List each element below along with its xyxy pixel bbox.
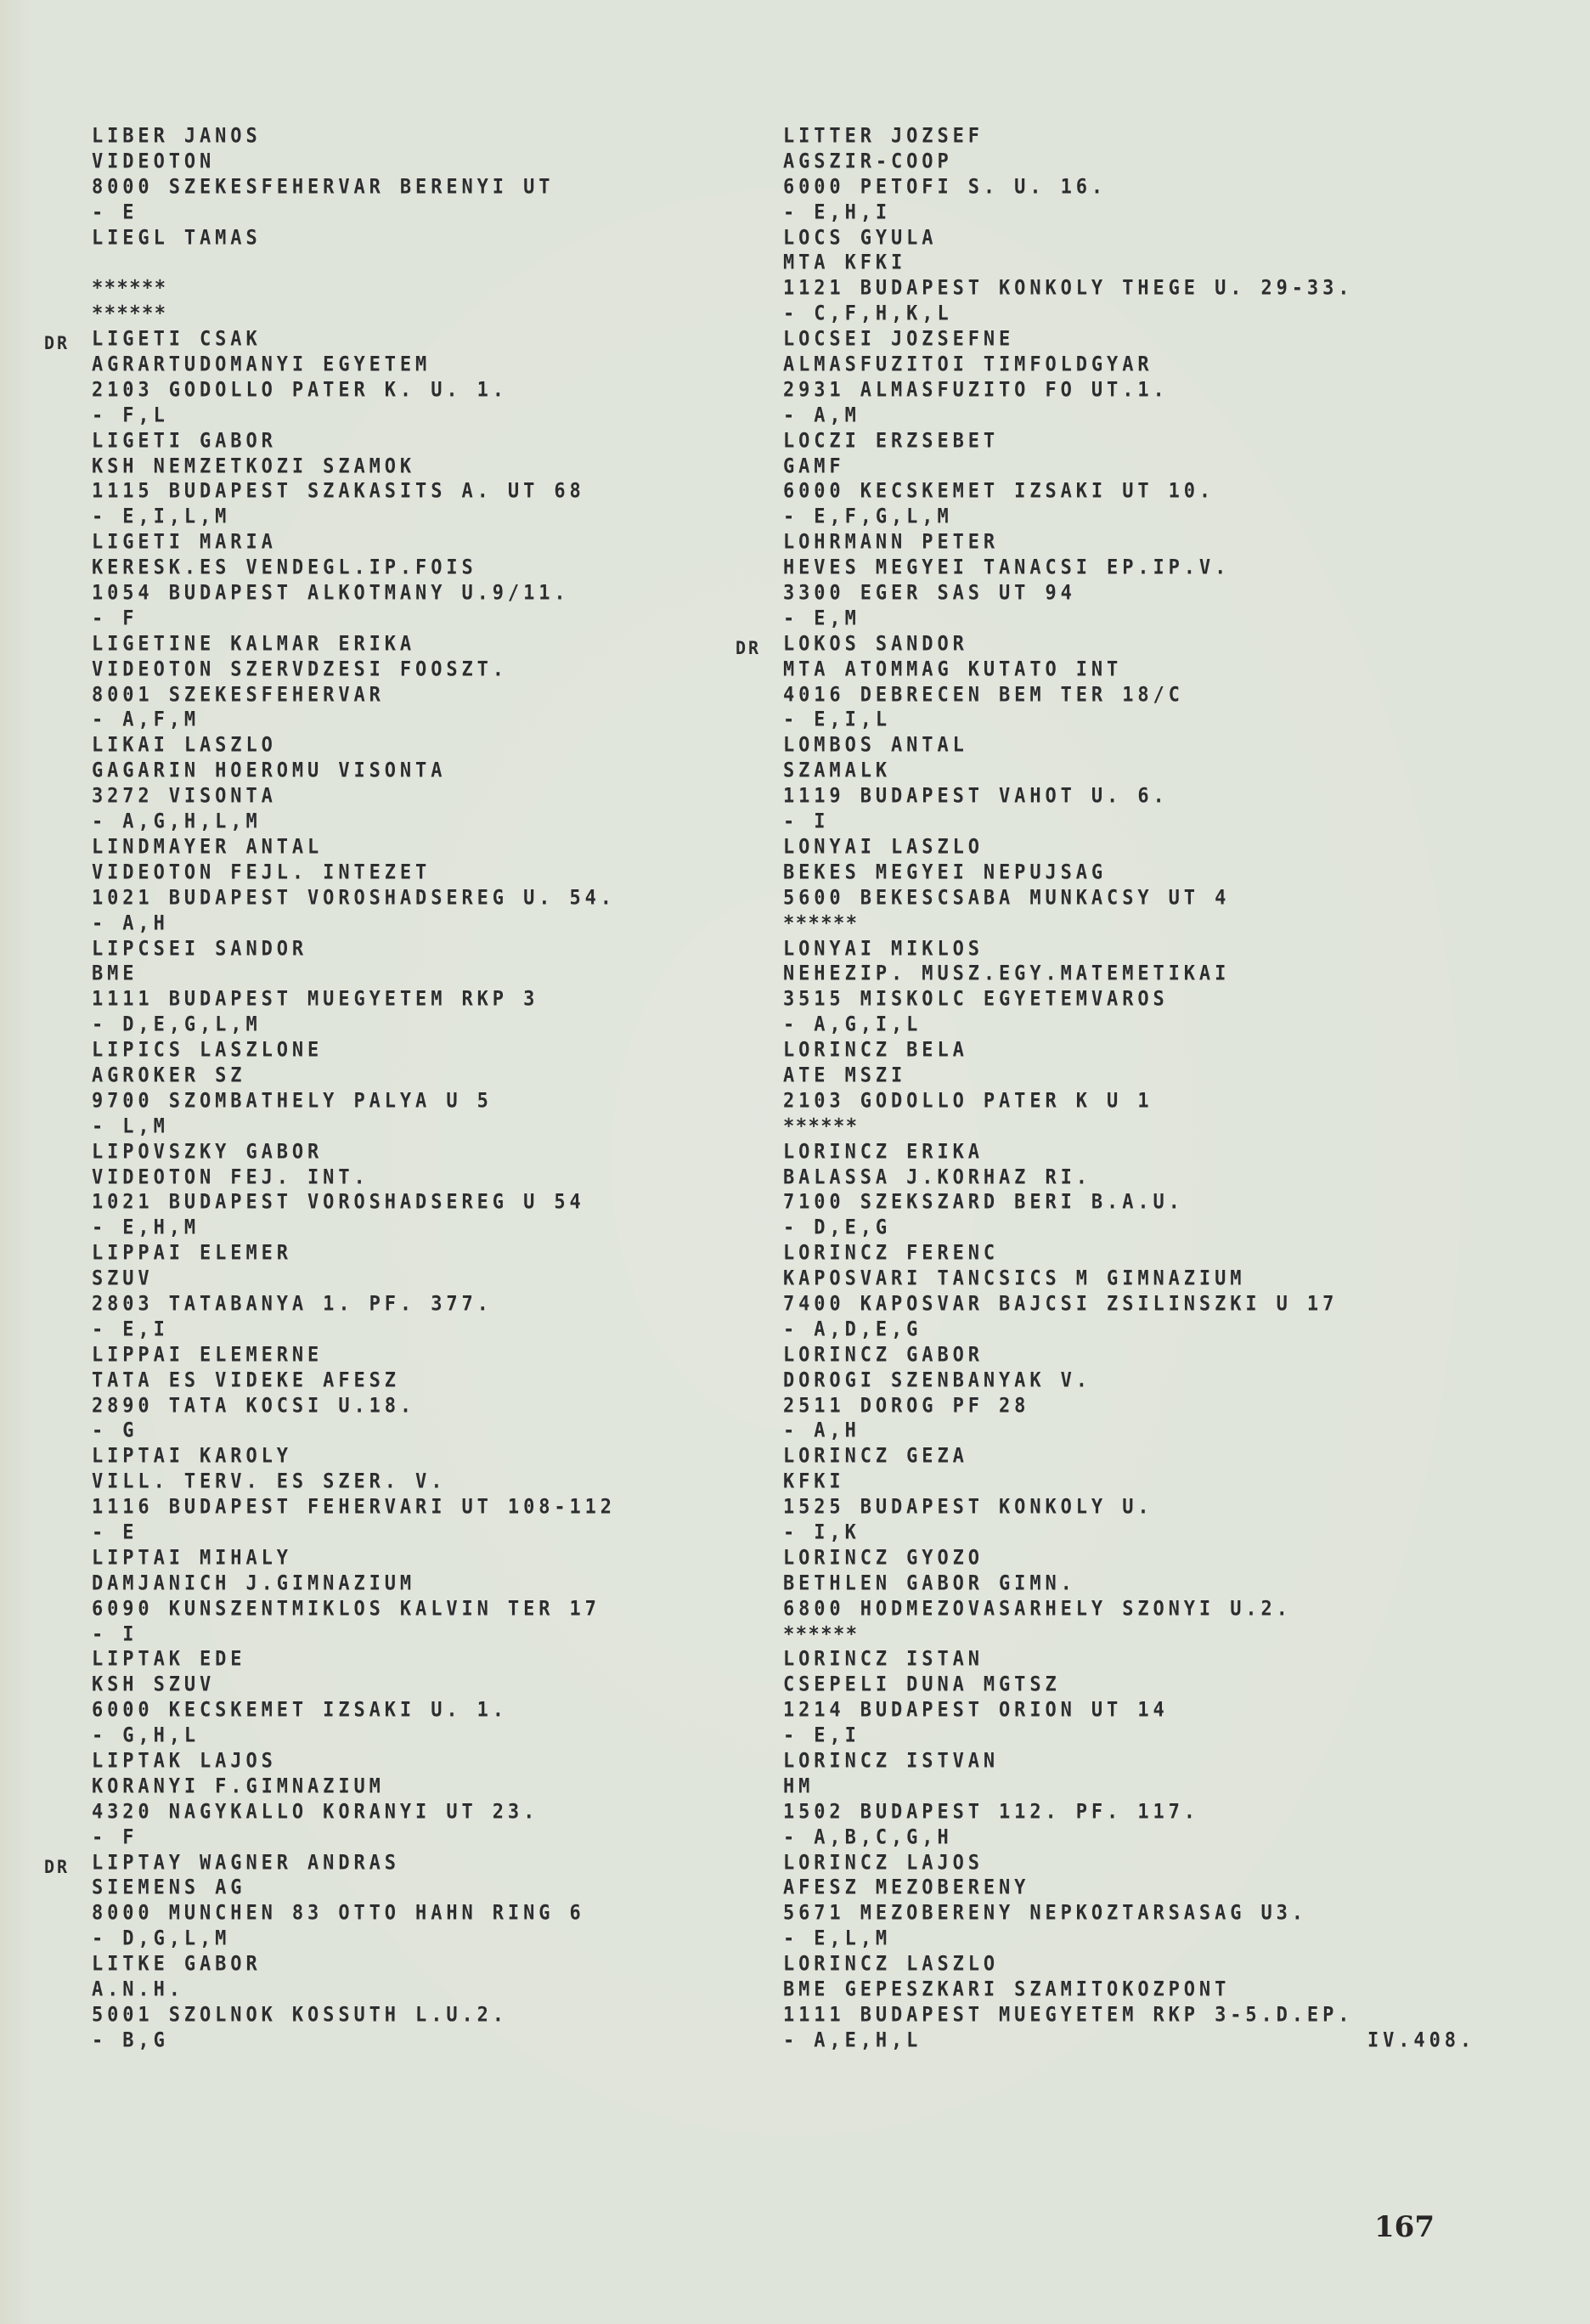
postal-address: 2803 TATABANYA 1. PF. 377. (92, 1291, 616, 1318)
line-text: - A,E,H,L (783, 2029, 922, 2052)
line-text: KORANYI F.GIMNAZIUM (92, 1775, 385, 1798)
directory-line: LIPTAI MIHALY (92, 1545, 616, 1572)
postal-address: 8000 SZEKESFEHERVAR BERENYI UT (92, 174, 616, 201)
directory-line: DRLIPTAY WAGNER ANDRAS (92, 1849, 616, 1876)
line-text: - I (92, 1623, 138, 1646)
category-codes: - F,L (92, 403, 616, 430)
directory-line: TATA ES VIDEKE AFESZ (92, 1367, 616, 1394)
title-prefix: DR (44, 330, 70, 357)
line-text: 6800 HODMEZOVASARHELY SZONYI U.2. (783, 1598, 1292, 1621)
directory-line: LORINCZ ISTAN (783, 1646, 1353, 1673)
postal-address: 1502 BUDAPEST 112. PF. 117. (783, 1799, 1353, 1826)
category-codes: - E,I (783, 1723, 1353, 1750)
line-text: LOKOS SANDOR (783, 633, 968, 656)
line-text: - E,H,I (783, 201, 891, 224)
line-text: - E,M (783, 607, 860, 630)
directory-line: KSH NEMZETKOZI SZAMOK (92, 453, 616, 480)
directory-line: LORINCZ ERIKA (783, 1138, 1353, 1165)
line-text: 8000 MUNCHEN 83 OTTO HAHN RING 6 (92, 1902, 585, 1925)
line-text: 5001 SZOLNOK KOSSUTH L.U.2. (92, 2004, 508, 2027)
line-text: AGROKER SZ (92, 1064, 245, 1087)
directory-line: LOCSEI JOZSEFNE (783, 326, 1353, 353)
line-text: 6090 KUNSZENTMIKLOS KALVIN TER 17 (92, 1598, 600, 1621)
line-text: 2890 TATA KOCSI U.18. (92, 1394, 415, 1417)
line-text: - E,I (92, 1318, 169, 1341)
line-text: - A,B,C,G,H (783, 1826, 953, 1849)
directory-line: AGRARTUDOMANYI EGYETEM (92, 352, 616, 379)
line-text: 1021 BUDAPEST VOROSHADSEREG U. 54. (92, 887, 616, 910)
category-codes: - A,M (783, 403, 1353, 430)
category-codes: - E (92, 199, 616, 226)
line-text: ****** (92, 302, 166, 325)
line-text: BME (92, 962, 138, 985)
line-text: GAMF (783, 455, 845, 478)
postal-address: 1021 BUDAPEST VOROSHADSEREG U 54 (92, 1189, 616, 1216)
category-codes: - A,F,M (92, 707, 616, 734)
line-text: VIDEOTON FEJL. INTEZET (92, 861, 431, 884)
line-text: LOMBOS ANTAL (783, 734, 968, 757)
category-codes: - D,E,G,L,M (92, 1012, 616, 1039)
line-text: 1525 BUDAPEST KONKOLY U. (783, 1496, 1153, 1519)
category-codes: - A,H (92, 910, 616, 937)
directory-line: MTA ATOMMAG KUTATO INT (783, 657, 1353, 684)
line-text: 1214 BUDAPEST ORION UT 14 (783, 1699, 1169, 1722)
line-text: - A,H (92, 912, 169, 935)
line-text: VIDEOTON SZERVDZESI FOOSZT. (92, 658, 508, 681)
category-codes: - E (92, 1520, 616, 1547)
postal-address: 9700 SZOMBATHELY PALYA U 5 (92, 1088, 616, 1115)
postal-address: 5600 BEKESCSABA MUNKACSY UT 4 (783, 885, 1353, 912)
category-codes: - I,K (783, 1520, 1353, 1547)
line-text: 5671 MEZOBERENY NEPKOZTARSASAG U3. (783, 1902, 1307, 1925)
directory-line: VILL. TERV. ES SZER. V. (92, 1469, 616, 1496)
postal-address: 2103 GODOLLO PATER K. U. 1. (92, 377, 616, 404)
line-text: - C,F,H,K,L (783, 302, 953, 325)
line-text: 2931 ALMASFUZITO FO UT.1. (783, 379, 1169, 402)
directory-line: KORANYI F.GIMNAZIUM (92, 1774, 616, 1801)
line-text: SIEMENS AG (92, 1876, 245, 1899)
line-text: LORINCZ FERENC (783, 1242, 999, 1265)
category-codes: - A,H (783, 1418, 1353, 1445)
postal-address: 3272 VISONTA (92, 783, 616, 810)
line-text: LORINCZ ERIKA (783, 1141, 984, 1164)
line-text: 1121 BUDAPEST KONKOLY THEGE U. 29-33. (783, 277, 1353, 300)
directory-line: LINDMAYER ANTAL (92, 834, 616, 861)
line-text: LIBER JANOS (92, 125, 262, 148)
line-text: ****** (783, 912, 858, 935)
line-text: LIPPAI ELEMER (92, 1242, 292, 1265)
line-text: LIPPAI ELEMERNE (92, 1344, 323, 1367)
line-text: LITKE GABOR (92, 1953, 262, 1976)
directory-line (92, 250, 616, 277)
line-text: - A,F,M (92, 708, 200, 731)
line-text: 7100 SZEKSZARD BERI B.A.U. (783, 1191, 1184, 1214)
directory-line: VIDEOTON FEJL. INTEZET (92, 860, 616, 887)
line-text: 1021 BUDAPEST VOROSHADSEREG U 54 (92, 1191, 585, 1214)
directory-line: LIPTAI KAROLY (92, 1443, 616, 1470)
line-text: - A,H (783, 1419, 860, 1442)
postal-address: 1054 BUDAPEST ALKOTMANY U.9/11. (92, 580, 616, 607)
line-text: 3272 VISONTA (92, 785, 277, 808)
line-text: - D,E,G,L,M (92, 1013, 262, 1036)
line-text: DOROGI SZENBANYAK V. (783, 1369, 1091, 1392)
line-text: - E,H,M (92, 1216, 200, 1239)
line-text: LIGETI MARIA (92, 531, 277, 554)
directory-line: KFKI (783, 1469, 1353, 1496)
line-text: 2103 GODOLLO PATER K. U. 1. (92, 379, 508, 402)
category-codes: - A,G,H,L,M (92, 809, 616, 836)
directory-line: HEVES MEGYEI TANACSI EP.IP.V. (783, 555, 1353, 582)
line-text: 1119 BUDAPEST VAHOT U. 6. (783, 785, 1169, 808)
separator-stars: ****** (92, 275, 616, 302)
line-text: GAGARIN HOEROMU VISONTA (92, 759, 446, 782)
postal-address: 6000 PETOFI S. U. 16. (783, 174, 1353, 201)
line-text: LORINCZ LAJOS (783, 1852, 984, 1875)
separator-stars: ****** (783, 910, 1353, 937)
directory-line: SZAMALK (783, 758, 1353, 785)
line-text: LIPTAI MIHALY (92, 1547, 292, 1570)
directory-line: LIGETINE KALMAR ERIKA (92, 631, 616, 658)
category-codes: - L,M (92, 1114, 616, 1141)
postal-address: 6000 KECSKEMET IZSAKI UT 10. (783, 478, 1353, 505)
directory-line: SIEMENS AG (92, 1875, 616, 1902)
postal-address: 3300 EGER SAS UT 94 (783, 580, 1353, 607)
directory-line: LORINCZ LAJOS (783, 1849, 1353, 1876)
line-text: KSH NEMZETKOZI SZAMOK (92, 455, 415, 478)
line-text: - D,E,G (783, 1216, 891, 1239)
line-text: LORINCZ GEZA (783, 1445, 968, 1468)
line-text: KERESK.ES VENDEGL.IP.FOIS (92, 556, 477, 579)
line-text: 7400 KAPOSVAR BAJCSI ZSILINSZKI U 17 (783, 1293, 1338, 1316)
line-text: VILL. TERV. ES SZER. V. (92, 1470, 446, 1493)
directory-line: KAPOSVARI TANCSICS M GIMNAZIUM (783, 1266, 1353, 1293)
category-codes: - I (92, 1621, 616, 1648)
line-text: AFESZ MEZOBERENY (783, 1876, 1029, 1899)
page-number: 167 (1374, 2210, 1435, 2244)
directory-line: GAMF (783, 453, 1353, 480)
category-codes: - F (92, 1824, 616, 1851)
postal-address: 5001 SZOLNOK KOSSUTH L.U.2. (92, 2002, 616, 2029)
line-text: - E,I,L (783, 708, 891, 731)
postal-address: 1021 BUDAPEST VOROSHADSEREG U. 54. (92, 885, 616, 912)
line-text: HM (783, 1775, 814, 1798)
directory-line: DAMJANICH J.GIMNAZIUM (92, 1571, 616, 1598)
postal-address: 5671 MEZOBERENY NEPKOZTARSASAG U3. (783, 1900, 1353, 1927)
postal-address: 2103 GODOLLO PATER K U 1 (783, 1088, 1353, 1115)
directory-line: LONYAI MIKLOS (783, 935, 1353, 962)
postal-address: 8001 SZEKESFEHERVAR (92, 681, 616, 708)
line-text: 3515 MISKOLC EGYETEMVAROS (783, 988, 1169, 1011)
directory-line: BETHLEN GABOR GIMN. (783, 1571, 1353, 1598)
line-text: 2803 TATABANYA 1. PF. 377. (92, 1293, 493, 1316)
directory-line: LORINCZ ISTVAN (783, 1748, 1353, 1775)
line-text: - I,K (783, 1521, 860, 1544)
postal-address: 4320 NAGYKALLO KORANYI UT 23. (92, 1799, 616, 1826)
line-text: LIGETINE KALMAR ERIKA (92, 633, 415, 656)
postal-address: 6090 KUNSZENTMIKLOS KALVIN TER 17 (92, 1595, 616, 1622)
line-text: VIDEOTON FEJ. INT. (92, 1165, 369, 1188)
line-text: 1111 BUDAPEST MUEGYETEM RKP 3-5.D.EP. (783, 2004, 1353, 2027)
line-text: LOHRMANN PETER (783, 531, 999, 554)
line-text: - A,G,H,L,M (92, 810, 262, 833)
line-text: - I (783, 810, 829, 833)
directory-line: VIDEOTON FEJ. INT. (92, 1164, 616, 1191)
line-text: LITTER JOZSEF (783, 125, 984, 148)
directory-line: LORINCZ FERENC (783, 1240, 1353, 1267)
line-text: A.N.H. (92, 1978, 184, 2001)
category-codes: - E,F,G,L,M (783, 504, 1353, 531)
directory-line: LIPOVSZKY GABOR (92, 1138, 616, 1165)
postal-address: 1116 BUDAPEST FEHERVARI UT 108-112 (92, 1494, 616, 1521)
postal-address: 3515 MISKOLC EGYETEMVAROS (783, 986, 1353, 1013)
category-codes: - D,E,G (783, 1215, 1353, 1242)
directory-line: LITKE GABOR (92, 1951, 616, 1978)
line-text: 6000 KECSKEMET IZSAKI U. 1. (92, 1699, 508, 1722)
line-text: KSH SZUV (92, 1673, 215, 1696)
line-text: 6000 KECSKEMET IZSAKI UT 10. (783, 480, 1215, 503)
directory-line: A.N.H. (92, 1977, 616, 2004)
line-text: LIKAI LASZLO (92, 734, 277, 757)
line-text: 8001 SZEKESFEHERVAR (92, 684, 385, 707)
line-text: 8000 SZEKESFEHERVAR BERENYI UT (92, 176, 554, 199)
line-text: - A,D,E,G (783, 1318, 922, 1341)
line-text: - G,H,L (92, 1724, 200, 1747)
directory-line: MTA KFKI (783, 250, 1353, 277)
line-text: CSEPELI DUNA MGTSZ (783, 1673, 1061, 1696)
line-text: TATA ES VIDEKE AFESZ (92, 1369, 400, 1392)
directory-line: AFESZ MEZOBERENY (783, 1875, 1353, 1902)
line-text: - E,F,G,L,M (783, 505, 953, 528)
category-codes: - E,I,L (783, 707, 1353, 734)
line-text: - G (92, 1419, 138, 1442)
line-text: - E (92, 201, 138, 224)
directory-line: LONYAI LASZLO (783, 834, 1353, 861)
line-text: - E,I,L,M (92, 505, 230, 528)
directory-line: LIPPAI ELEMERNE (92, 1342, 616, 1369)
title-prefix: DR (44, 1853, 70, 1881)
directory-line: KSH SZUV (92, 1672, 616, 1699)
category-codes: - D,G,L,M (92, 1926, 616, 1953)
line-text: BETHLEN GABOR GIMN. (783, 1572, 1076, 1595)
directory-line: LORINCZ LASZLO (783, 1951, 1353, 1978)
line-text: 1116 BUDAPEST FEHERVARI UT 108-112 (92, 1496, 616, 1519)
line-text: LIPTAY WAGNER ANDRAS (92, 1852, 400, 1875)
directory-line: LIPICS LASZLONE (92, 1037, 616, 1064)
line-text: 1115 BUDAPEST SZAKASITS A. UT 68 (92, 480, 585, 503)
directory-line: CSEPELI DUNA MGTSZ (783, 1672, 1353, 1699)
directory-line: LITTER JOZSEF (783, 123, 1353, 150)
postal-address: 7400 KAPOSVAR BAJCSI ZSILINSZKI U 17 (783, 1291, 1353, 1318)
category-codes: - A,G,I,L (783, 1012, 1353, 1039)
directory-line: LORINCZ GEZA (783, 1443, 1353, 1470)
line-text: 9700 SZOMBATHELY PALYA U 5 (92, 1090, 493, 1113)
category-codes: - B,G (92, 2028, 616, 2055)
directory-line: AGROKER SZ (92, 1063, 616, 1090)
directory-line: LORINCZ BELA (783, 1037, 1353, 1064)
line-text: 1111 BUDAPEST MUEGYETEM RKP 3 (92, 988, 538, 1011)
directory-line: BME (92, 961, 616, 988)
line-text: LONYAI LASZLO (783, 836, 984, 859)
line-text: LINDMAYER ANTAL (92, 836, 323, 859)
directory-line: LIPTAK LAJOS (92, 1748, 616, 1775)
directory-line: LOHRMANN PETER (783, 529, 1353, 556)
line-text: - A,M (783, 404, 860, 427)
postal-address: 7100 SZEKSZARD BERI B.A.U. (783, 1189, 1353, 1216)
line-text: SZAMALK (783, 759, 891, 782)
directory-line: NEHEZIP. MUSZ.EGY.MATEMETIKAI (783, 961, 1353, 988)
line-text: LORINCZ BELA (783, 1039, 968, 1062)
postal-address: 6800 HODMEZOVASARHELY SZONYI U.2. (783, 1595, 1353, 1622)
line-text: LIPOVSZKY GABOR (92, 1141, 323, 1164)
category-codes: - A,D,E,G (783, 1317, 1353, 1344)
directory-line: LIKAI LASZLO (92, 732, 616, 759)
line-text: 2511 DOROG PF 28 (783, 1394, 1029, 1417)
directory-line: DRLIGETI CSAK (92, 326, 616, 353)
line-text: VIDEOTON (92, 150, 215, 173)
category-codes: - E,H,I (783, 199, 1353, 226)
line-text: ****** (783, 1115, 858, 1138)
line-text: - F (92, 1826, 138, 1849)
directory-line: BALASSA J.KORHAZ RI. (783, 1164, 1353, 1191)
line-text: - E (92, 1521, 138, 1544)
line-text: KAPOSVARI TANCSICS M GIMNAZIUM (783, 1267, 1245, 1290)
title-prefix: DR (736, 635, 761, 662)
postal-address: 1121 BUDAPEST KONKOLY THEGE U. 29-33. (783, 275, 1353, 302)
line-text: ****** (92, 277, 166, 300)
line-text: LIGETI GABOR (92, 430, 277, 453)
line-text: NEHEZIP. MUSZ.EGY.MATEMETIKAI (783, 962, 1230, 985)
category-codes: - E,H,M (92, 1215, 616, 1242)
directory-line: HM (783, 1774, 1353, 1801)
directory-line: LIPTAK EDE (92, 1646, 616, 1673)
line-text: - E,L,M (783, 1927, 891, 1950)
line-text: HEVES MEGYEI TANACSI EP.IP.V. (783, 556, 1230, 579)
line-text: LOCZI ERZSEBET (783, 430, 999, 453)
category-codes: - E,L,M (783, 1926, 1353, 1953)
directory-line: LIGETI MARIA (92, 529, 616, 556)
line-text: LIPCSEI SANDOR (92, 937, 307, 960)
postal-address: 4016 DEBRECEN BEM TER 18/C (783, 681, 1353, 708)
directory-line: ATE MSZI (783, 1063, 1353, 1090)
line-text: LORINCZ ISTAN (783, 1648, 984, 1671)
line-text: LIPTAK EDE (92, 1648, 245, 1671)
line-text: LIPTAI KAROLY (92, 1445, 292, 1468)
directory-line: SZUV (92, 1266, 616, 1293)
postal-address: 1525 BUDAPEST KONKOLY U. (783, 1494, 1353, 1521)
directory-line: LIGETI GABOR (92, 427, 616, 454)
postal-address: 2890 TATA KOCSI U.18. (92, 1392, 616, 1419)
line-text: 4320 NAGYKALLO KORANYI UT 23. (92, 1801, 538, 1824)
directory-line: GAGARIN HOEROMU VISONTA (92, 758, 616, 785)
postal-address: 2931 ALMASFUZITO FO UT.1. (783, 377, 1353, 404)
line-text: 1502 BUDAPEST 112. PF. 117. (783, 1801, 1199, 1824)
directory-line: LORINCZ GABOR (783, 1342, 1353, 1369)
directory-line: LIEGL TAMAS (92, 224, 616, 251)
line-text: LOCSEI JOZSEFNE (783, 328, 1014, 351)
line-text: ATE MSZI (783, 1064, 906, 1087)
postal-address: 1214 BUDAPEST ORION UT 14 (783, 1697, 1353, 1724)
line-text: - B,G (92, 2029, 169, 2052)
category-codes: - A,E,H,LIV.408. (783, 2028, 1353, 2055)
category-codes: - F (92, 606, 616, 633)
line-text: BME GEPESZKARI SZAMITOKOZPONT (783, 1978, 1230, 2001)
line-text: KFKI (783, 1470, 845, 1493)
directory-line: KERESK.ES VENDEGL.IP.FOIS (92, 555, 616, 582)
directory-line: ALMASFUZITOI TIMFOLDGYAR (783, 352, 1353, 379)
line-text: AGRARTUDOMANYI EGYETEM (92, 353, 431, 376)
line-text: 3300 EGER SAS UT 94 (783, 582, 1076, 605)
category-codes: - E,M (783, 606, 1353, 633)
line-text: LOCS GYULA (783, 227, 937, 250)
directory-line: VIDEOTON SZERVDZESI FOOSZT. (92, 657, 616, 684)
directory-line: LOCZI ERZSEBET (783, 427, 1353, 454)
line-text: ALMASFUZITOI TIMFOLDGYAR (783, 353, 1153, 376)
line-text: MTA ATOMMAG KUTATO INT (783, 658, 1122, 681)
line-text: - A,G,I,L (783, 1013, 922, 1036)
line-text: BALASSA J.KORHAZ RI. (783, 1165, 1091, 1188)
category-codes: - G,H,L (92, 1723, 616, 1750)
directory-line: LORINCZ GYOZO (783, 1545, 1353, 1572)
category-codes: - A,B,C,G,H (783, 1824, 1353, 1851)
line-text: 6000 PETOFI S. U. 16. (783, 176, 1107, 199)
separator-stars: ****** (783, 1621, 1353, 1648)
directory-line: LOMBOS ANTAL (783, 732, 1353, 759)
line-text: LORINCZ GYOZO (783, 1547, 984, 1570)
postal-address: 8000 MUNCHEN 83 OTTO HAHN RING 6 (92, 1900, 616, 1927)
postal-address: 1119 BUDAPEST VAHOT U. 6. (783, 783, 1353, 810)
directory-column-right: LITTER JOZSEFAGSZIR-COOP6000 PETOFI S. U… (783, 124, 1353, 2054)
line-text: LORINCZ GABOR (783, 1344, 984, 1367)
directory-line: DOROGI SZENBANYAK V. (783, 1367, 1353, 1394)
category-codes: - I (783, 809, 1353, 836)
directory-line: VIDEOTON (92, 149, 616, 176)
directory-line: LIPPAI ELEMER (92, 1240, 616, 1267)
line-text: LIGETI CSAK (92, 328, 262, 351)
line-text: - D,G,L,M (92, 1927, 230, 1950)
line-text: ****** (783, 1623, 858, 1646)
directory-line: LIBER JANOS (92, 123, 616, 150)
category-codes: - E,I,L,M (92, 504, 616, 531)
line-text: - F (92, 607, 138, 630)
separator-stars: ****** (92, 301, 616, 328)
line-text: LIPICS LASZLONE (92, 1039, 323, 1062)
postal-address: 1115 BUDAPEST SZAKASITS A. UT 68 (92, 478, 616, 505)
line-text: SZUV (92, 1267, 154, 1290)
directory-line: BEKES MEGYEI NEPUJSAG (783, 860, 1353, 887)
directory-line: LOCS GYULA (783, 224, 1353, 251)
postal-address: 6000 KECSKEMET IZSAKI U. 1. (92, 1697, 616, 1724)
line-text: 2103 GODOLLO PATER K U 1 (783, 1090, 1153, 1113)
postal-address: 1111 BUDAPEST MUEGYETEM RKP 3-5.D.EP. (783, 2002, 1353, 2029)
line-text: LONYAI MIKLOS (783, 937, 984, 960)
line-text: AGSZIR-COOP (783, 150, 953, 173)
category-codes: - C,F,H,K,L (783, 301, 1353, 328)
directory-line: DRLOKOS SANDOR (783, 631, 1353, 658)
line-text: - L,M (92, 1115, 169, 1138)
directory-line: AGSZIR-COOP (783, 149, 1353, 176)
line-text: LORINCZ ISTVAN (783, 1750, 999, 1773)
line-text: DAMJANICH J.GIMNAZIUM (92, 1572, 415, 1595)
directory-line: LIPCSEI SANDOR (92, 935, 616, 962)
line-text: 1054 BUDAPEST ALKOTMANY U.9/11. (92, 582, 570, 605)
line-text: 5600 BEKESCSABA MUNKACSY UT 4 (783, 887, 1230, 910)
category-codes: - E,I (92, 1317, 616, 1344)
line-text: LIPTAK LAJOS (92, 1750, 277, 1773)
separator-stars: ****** (783, 1114, 1353, 1141)
category-codes: - G (92, 1418, 616, 1445)
directory-line: BME GEPESZKARI SZAMITOKOZPONT (783, 1977, 1353, 2004)
line-text: BEKES MEGYEI NEPUJSAG (783, 861, 1107, 884)
